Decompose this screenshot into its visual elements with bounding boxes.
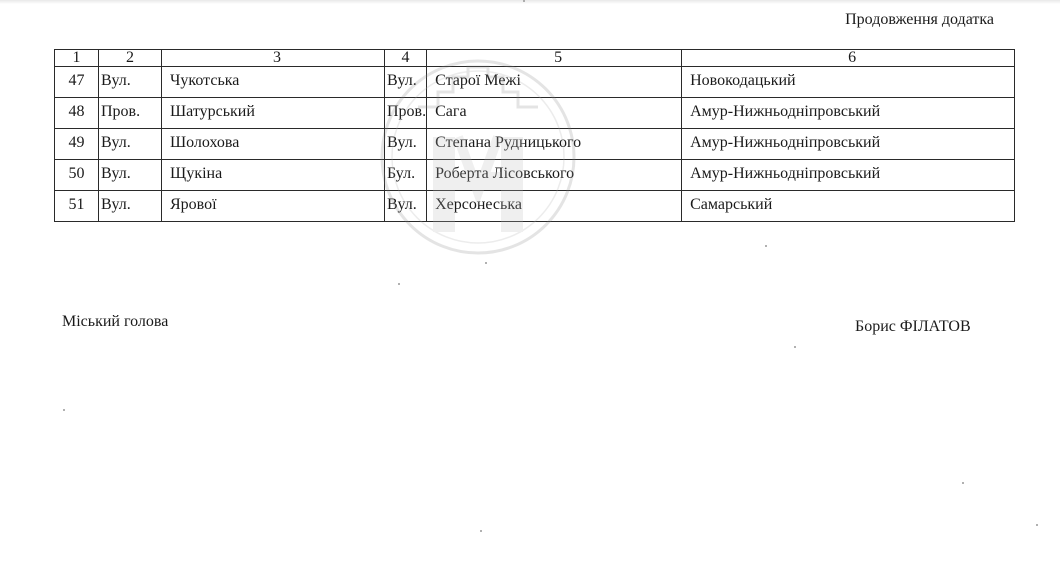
appendix-continuation-caption: Продовження додатка <box>845 11 994 29</box>
old-street-name: Чукотська <box>162 67 385 98</box>
district: Самарський <box>682 191 1015 222</box>
header-col-4: 4 <box>385 50 427 67</box>
table-row: 50 Вул. Щукіна Бул. Роберта Лісовського … <box>55 160 1015 191</box>
old-street-type: Вул. <box>99 160 162 191</box>
scan-speck <box>962 482 964 484</box>
new-street-name: Сага <box>427 98 682 129</box>
renaming-table: 1 2 3 4 5 6 47 Вул. Чукотська Вул. Старо… <box>54 49 1015 222</box>
scan-speck <box>1036 524 1038 526</box>
table-row: 47 Вул. Чукотська Вул. Старої Межі Новок… <box>55 67 1015 98</box>
signatory-name: Борис ФІЛАТОВ <box>855 318 971 336</box>
scan-speck <box>480 530 482 532</box>
old-street-name: Шатурський <box>162 98 385 129</box>
new-street-name: Херсонеська <box>427 191 682 222</box>
scan-speck <box>765 245 767 247</box>
row-number: 48 <box>55 98 99 129</box>
old-street-type: Пров. <box>99 98 162 129</box>
table-row: 51 Вул. Ярової Вул. Херсонеська Самарськ… <box>55 191 1015 222</box>
row-number: 49 <box>55 129 99 160</box>
district: Амур-Нижньодніпровський <box>682 129 1015 160</box>
header-col-6: 6 <box>682 50 1015 67</box>
district: Амур-Нижньодніпровський <box>682 160 1015 191</box>
new-street-type: Бул. <box>385 160 427 191</box>
new-street-type: Вул. <box>385 191 427 222</box>
row-number: 47 <box>55 67 99 98</box>
header-col-1: 1 <box>55 50 99 67</box>
scan-speck <box>485 262 487 264</box>
table-row: 48 Пров. Шатурський Пров. Сага Амур-Нижн… <box>55 98 1015 129</box>
district: Новокодацький <box>682 67 1015 98</box>
header-col-3: 3 <box>162 50 385 67</box>
scan-speck <box>398 283 400 285</box>
signatory-title: Міський голова <box>62 313 168 331</box>
table-row: 49 Вул. Шолохова Вул. Степана Рудницьког… <box>55 129 1015 160</box>
old-street-name: Ярової <box>162 191 385 222</box>
row-number: 50 <box>55 160 99 191</box>
page-top-edge <box>0 0 1060 4</box>
table-header-row: 1 2 3 4 5 6 <box>55 50 1015 67</box>
district: Амур-Нижньодніпровський <box>682 98 1015 129</box>
new-street-type: Пров. <box>385 98 427 129</box>
new-street-name: Старої Межі <box>427 67 682 98</box>
scan-speck <box>523 0 525 2</box>
new-street-type: Вул. <box>385 67 427 98</box>
header-col-5: 5 <box>427 50 682 67</box>
row-number: 51 <box>55 191 99 222</box>
old-street-name: Щукіна <box>162 160 385 191</box>
new-street-name: Степана Рудницького <box>427 129 682 160</box>
old-street-name: Шолохова <box>162 129 385 160</box>
new-street-type: Вул. <box>385 129 427 160</box>
header-col-2: 2 <box>99 50 162 67</box>
old-street-type: Вул. <box>99 67 162 98</box>
scan-speck <box>794 346 796 348</box>
scan-speck <box>63 409 65 411</box>
old-street-type: Вул. <box>99 191 162 222</box>
new-street-name: Роберта Лісовського <box>427 160 682 191</box>
old-street-type: Вул. <box>99 129 162 160</box>
